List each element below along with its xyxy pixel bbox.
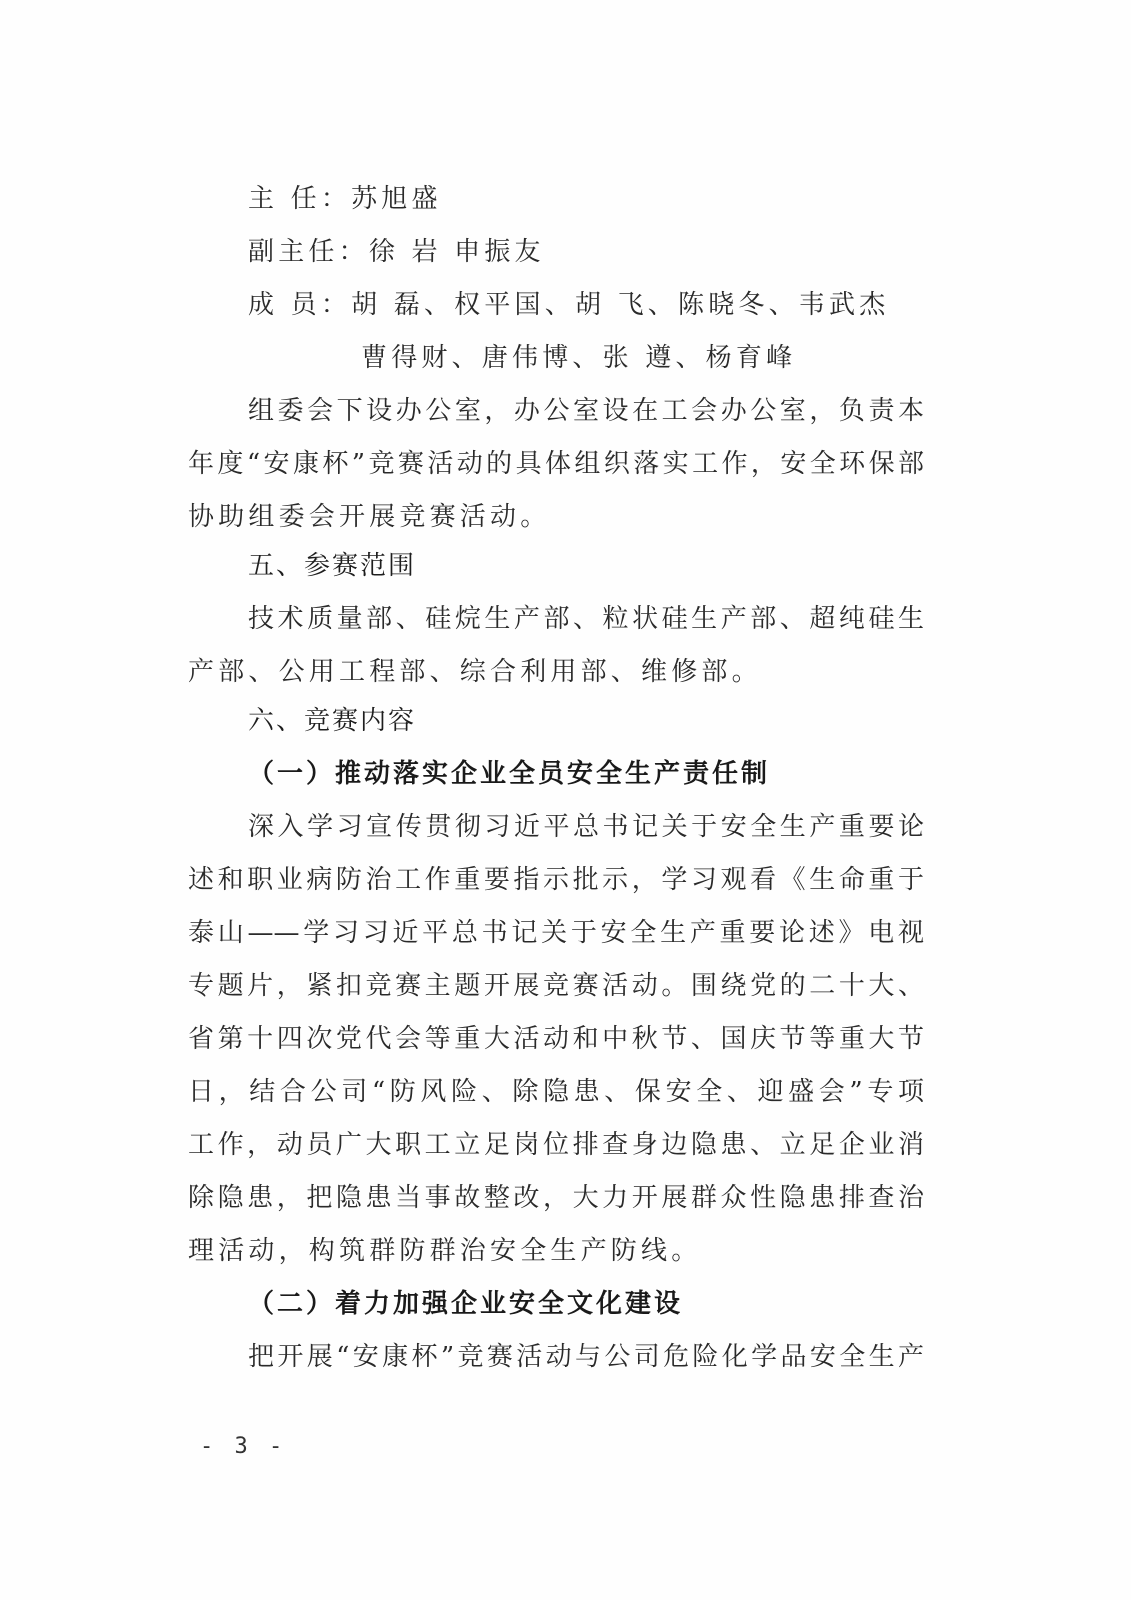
members-line: 成 员：胡 磊、权平国、胡 飞、陈晓冬、韦武杰 <box>248 290 889 320</box>
office-paragraph-line-3: 协助组委会开展竞赛活动。 <box>188 502 550 532</box>
deputy-director-label: 副主任： <box>248 237 369 267</box>
director-name: 苏旭盛 <box>351 184 442 214</box>
director-line: 主 任：苏旭盛 <box>248 184 442 214</box>
document-page: 主 任：苏旭盛 副主任：徐 岩 申振友 成 员：胡 磊、权平国、胡 飞、陈晓冬、… <box>0 0 1131 1600</box>
sub1-line-6: 日，结合公司“防风险、除隐患、保安全、迎盛会”专项 <box>188 1077 924 1107</box>
sub1-line-8: 除隐患，把隐患当事故整改，大力开展群众性隐患排查治 <box>188 1183 924 1213</box>
section-5-line-1: 技术质量部、硅烷生产部、粒状硅生产部、超纯硅生 <box>248 604 924 634</box>
sub1-line-2: 述和职业病防治工作重要指示批示，学习观看《生命重于 <box>188 865 924 895</box>
deputy-director-names: 徐 岩 申振友 <box>369 237 545 267</box>
section-5-line-2: 产部、公用工程部、综合利用部、维修部。 <box>188 657 762 687</box>
page-number: - 3 - <box>200 1434 286 1459</box>
members-names-1: 胡 磊、权平国、胡 飞、陈晓冬、韦武杰 <box>351 290 889 320</box>
members-line-2: 曹得财、唐伟博、张 遵、杨育峰 <box>361 343 796 373</box>
members-label: 成 员： <box>248 290 351 320</box>
sub1-line-7: 工作，动员广大职工立足岗位排查身边隐患、立足企业消 <box>188 1130 924 1160</box>
sub2-line-1: 把开展“安康杯”竞赛活动与公司危险化学品安全生产 <box>248 1342 924 1372</box>
sub1-line-5: 省第十四次党代会等重大活动和中秋节、国庆节等重大节 <box>188 1024 924 1054</box>
office-paragraph-line-1: 组委会下设办公室，办公室设在工会办公室，负责本 <box>248 396 924 426</box>
sub1-line-1: 深入学习宣传贯彻习近平总书记关于安全生产重要论 <box>248 812 924 842</box>
section-6-sub1-heading: （一）推动落实企业全员安全生产责任制 <box>248 759 770 789</box>
section-6-sub2-heading: （二）着力加强企业安全文化建设 <box>248 1289 683 1319</box>
director-label: 主 任： <box>248 184 351 214</box>
sub1-line-3: 泰山——学习习近平总书记关于安全生产重要论述》电视 <box>188 918 924 948</box>
section-5-heading: 五、参赛范围 <box>248 551 416 581</box>
sub1-line-4: 专题片，紧扣竞赛主题开展竞赛活动。围绕党的二十大、 <box>188 971 924 1001</box>
sub1-line-9: 理活动，构筑群防群治安全生产防线。 <box>188 1236 701 1266</box>
office-paragraph-line-2: 年度“安康杯”竞赛活动的具体组织落实工作，安全环保部 <box>188 449 924 479</box>
deputy-director-line: 副主任：徐 岩 申振友 <box>248 237 545 267</box>
section-6-heading: 六、竞赛内容 <box>248 706 416 736</box>
